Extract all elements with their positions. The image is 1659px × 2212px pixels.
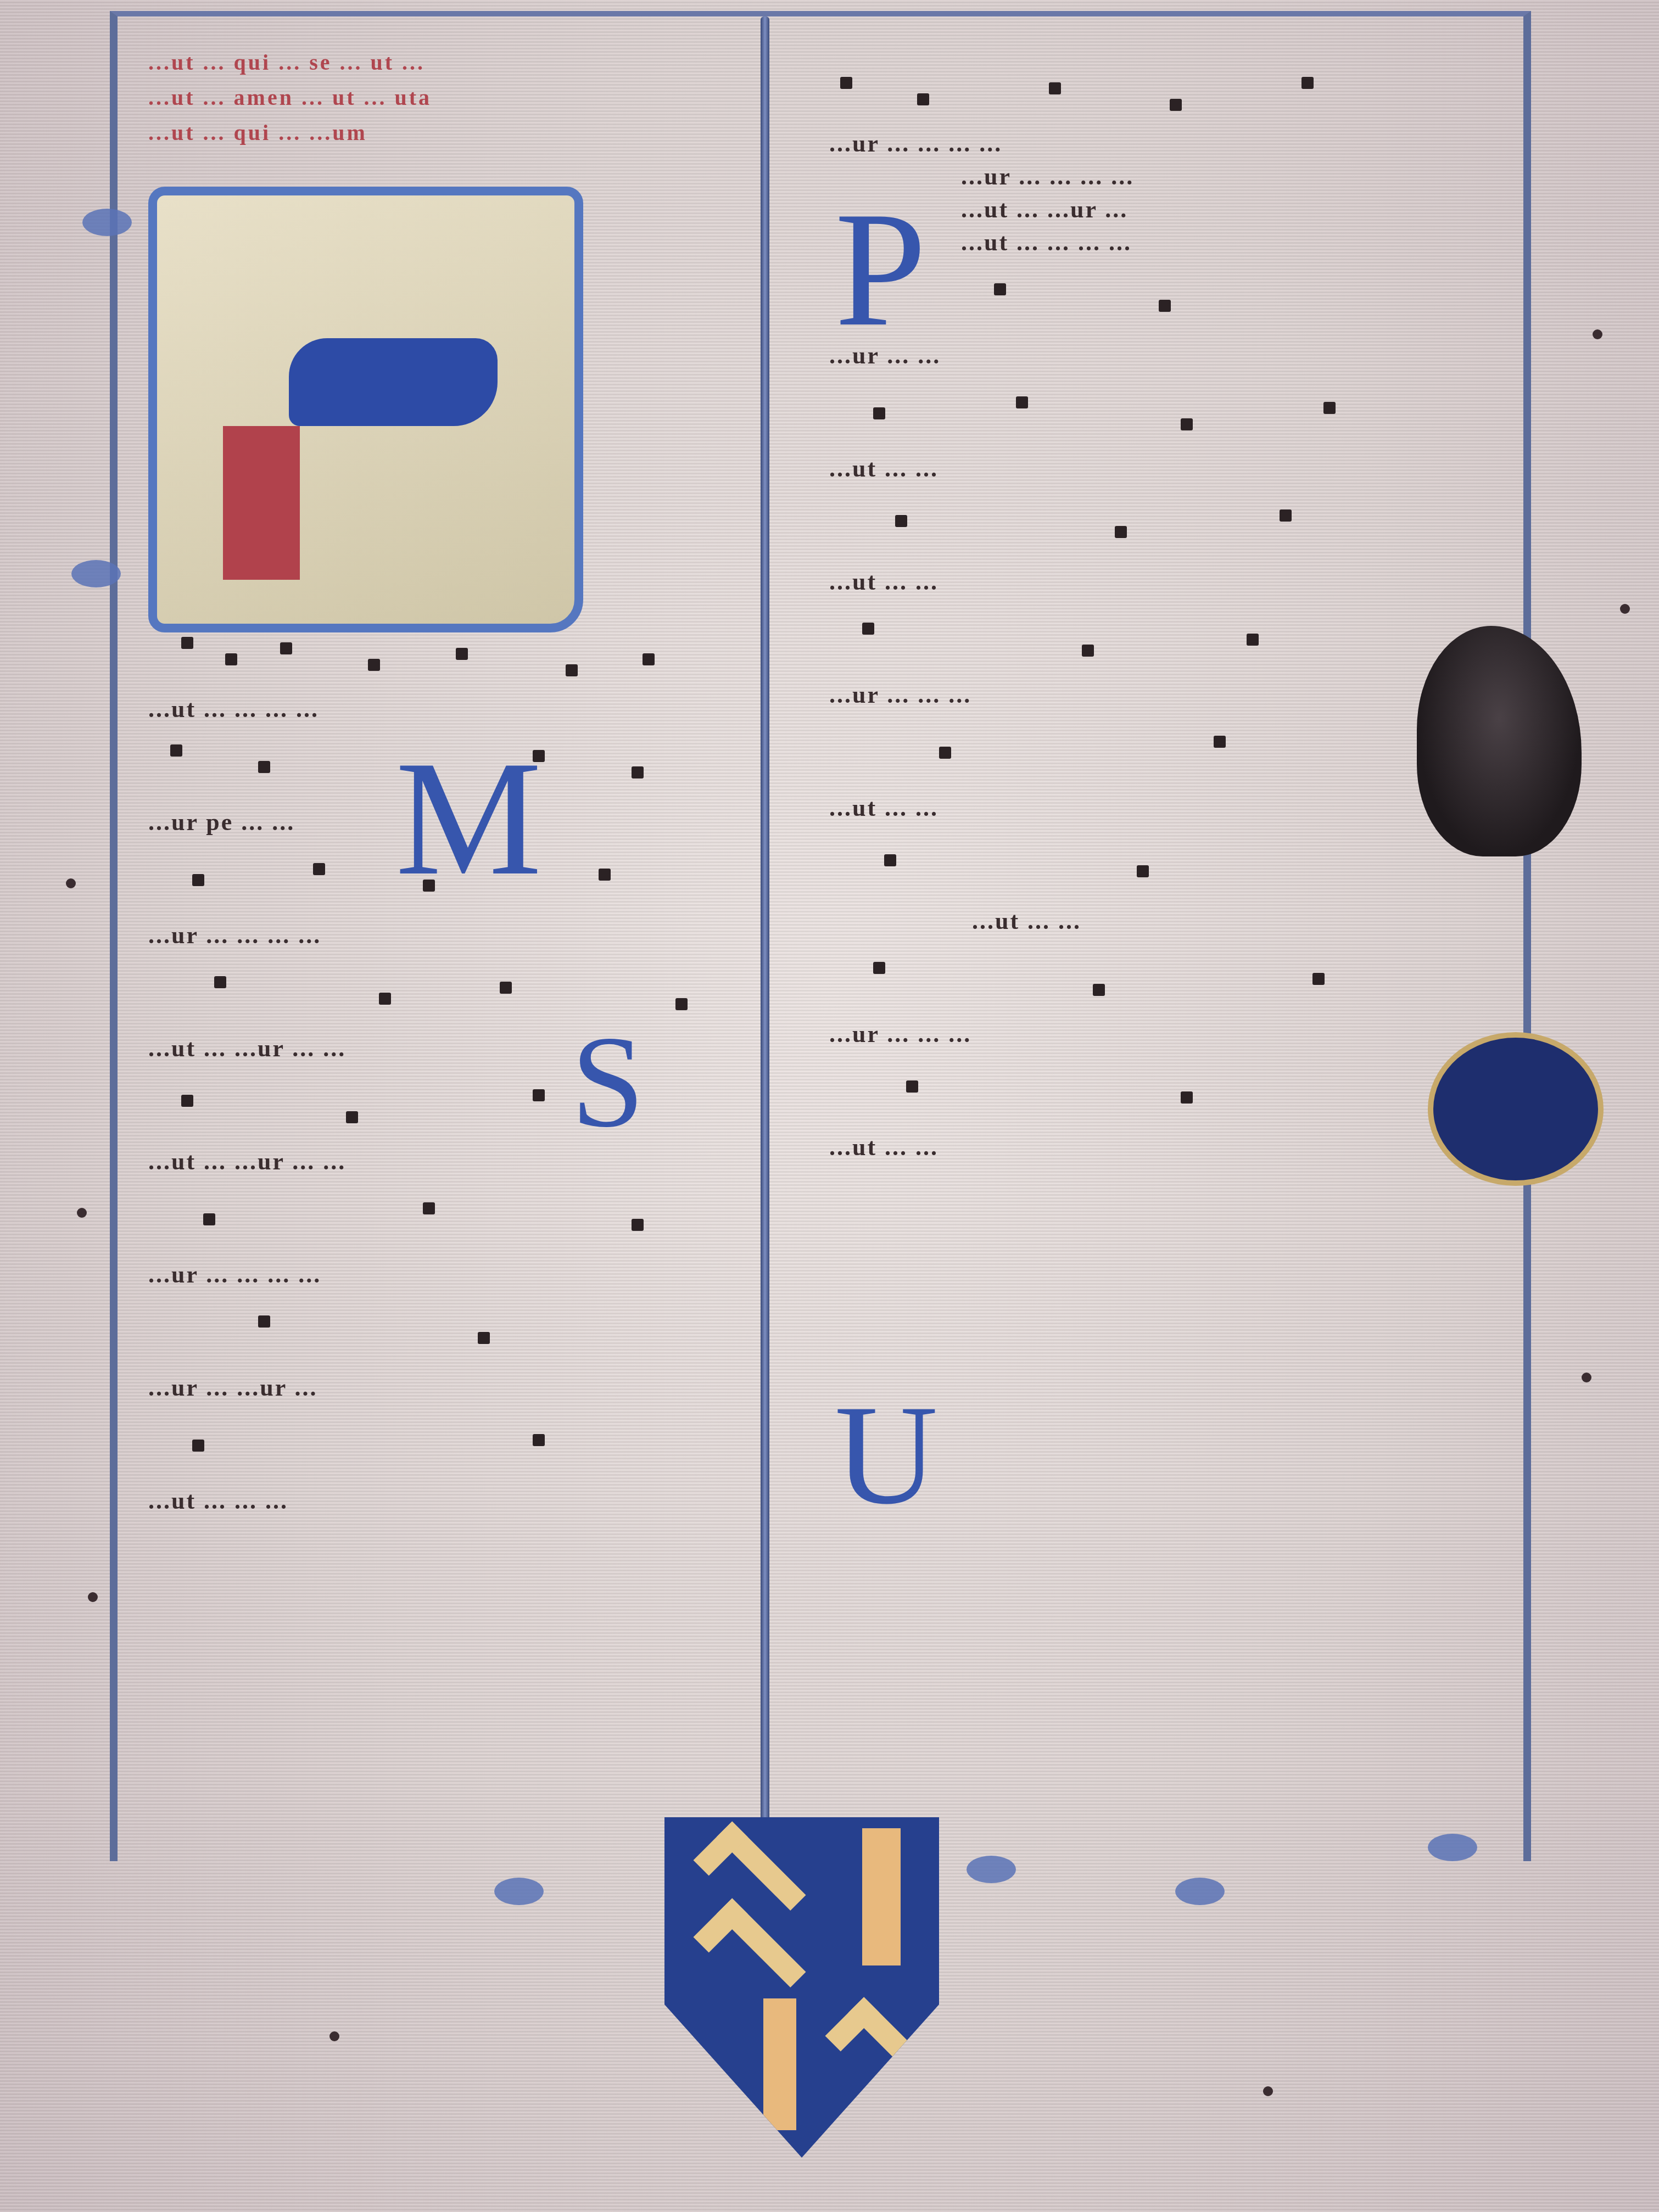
crest-icon xyxy=(1428,1032,1604,1186)
text-line: ...ur ... ... ... ... xyxy=(829,130,1428,163)
inline-initial: S xyxy=(571,1016,644,1147)
rubric-line: ...ut ... qui ... se ... ut ... xyxy=(148,49,747,75)
initial-letter: U xyxy=(835,1384,938,1526)
chant-staff xyxy=(829,1053,1428,1130)
text-line: ...ur ... ... ... ... xyxy=(148,1261,747,1293)
coat-of-arms-shield-icon xyxy=(664,1817,939,2158)
chant-staff xyxy=(148,1293,747,1370)
illuminated-initial xyxy=(148,187,583,632)
initial-letter: P xyxy=(835,187,926,351)
text-line: ...ut ... ... xyxy=(829,1133,1428,1166)
text-line: ...ut ... ... xyxy=(829,907,1428,940)
column-divider xyxy=(761,16,769,1828)
chant-staff xyxy=(829,374,1428,451)
helmet-icon xyxy=(1417,626,1582,856)
foliage-ornament xyxy=(82,209,132,236)
chant-staff xyxy=(148,1407,747,1483)
text-line: ...ut ... ... xyxy=(829,568,1428,601)
rubric-line: ...ut ... qui ... ...um xyxy=(148,120,747,145)
text-line: ...ut ... ... ... xyxy=(148,1487,747,1520)
text-line: ...ur ... ...ur ... xyxy=(148,1374,747,1407)
inline-initial: M xyxy=(395,736,542,900)
chant-staff xyxy=(148,615,747,692)
illumination-figure-blue xyxy=(289,338,498,426)
foliage-ornament xyxy=(71,560,121,587)
foliage-ornament xyxy=(1175,1878,1225,1905)
chant-staff xyxy=(148,954,747,1031)
text-line: ...ut ... ...ur ... ... xyxy=(148,1034,747,1067)
text-line: ...ur ... ... ... xyxy=(829,681,1428,714)
text-line: ...ut ... ... ... ... xyxy=(148,695,747,728)
text-line: ...ut ... ...ur ... ... xyxy=(148,1147,747,1180)
chant-staff xyxy=(148,1180,747,1257)
text-line: ...ut ... ... xyxy=(829,455,1428,488)
chant-staff xyxy=(829,49,1428,126)
chant-staff xyxy=(829,488,1428,564)
chant-staff xyxy=(829,940,1428,1017)
left-column: ...ut ... qui ... se ... ut ... ...ut ..… xyxy=(148,49,747,155)
illumination-figure-red xyxy=(223,426,300,580)
chant-staff xyxy=(148,1067,747,1144)
text-line: ...ut ... ... xyxy=(829,794,1428,827)
text-line: ...ur ... ... ... ... xyxy=(148,921,747,954)
text-line: ...ur ... ... ... xyxy=(829,1020,1428,1053)
chant-staff xyxy=(829,714,1428,791)
manuscript-photo: ...ut ... qui ... se ... ut ... ...ut ..… xyxy=(0,0,1659,2212)
chant-staff xyxy=(829,827,1428,904)
foliage-ornament xyxy=(494,1878,544,1905)
rubric-line: ...ut ... amen ... ut ... uta xyxy=(148,85,747,110)
chant-staff xyxy=(829,601,1428,677)
foliage-ornament xyxy=(1428,1834,1477,1861)
foliage-ornament xyxy=(967,1856,1016,1883)
